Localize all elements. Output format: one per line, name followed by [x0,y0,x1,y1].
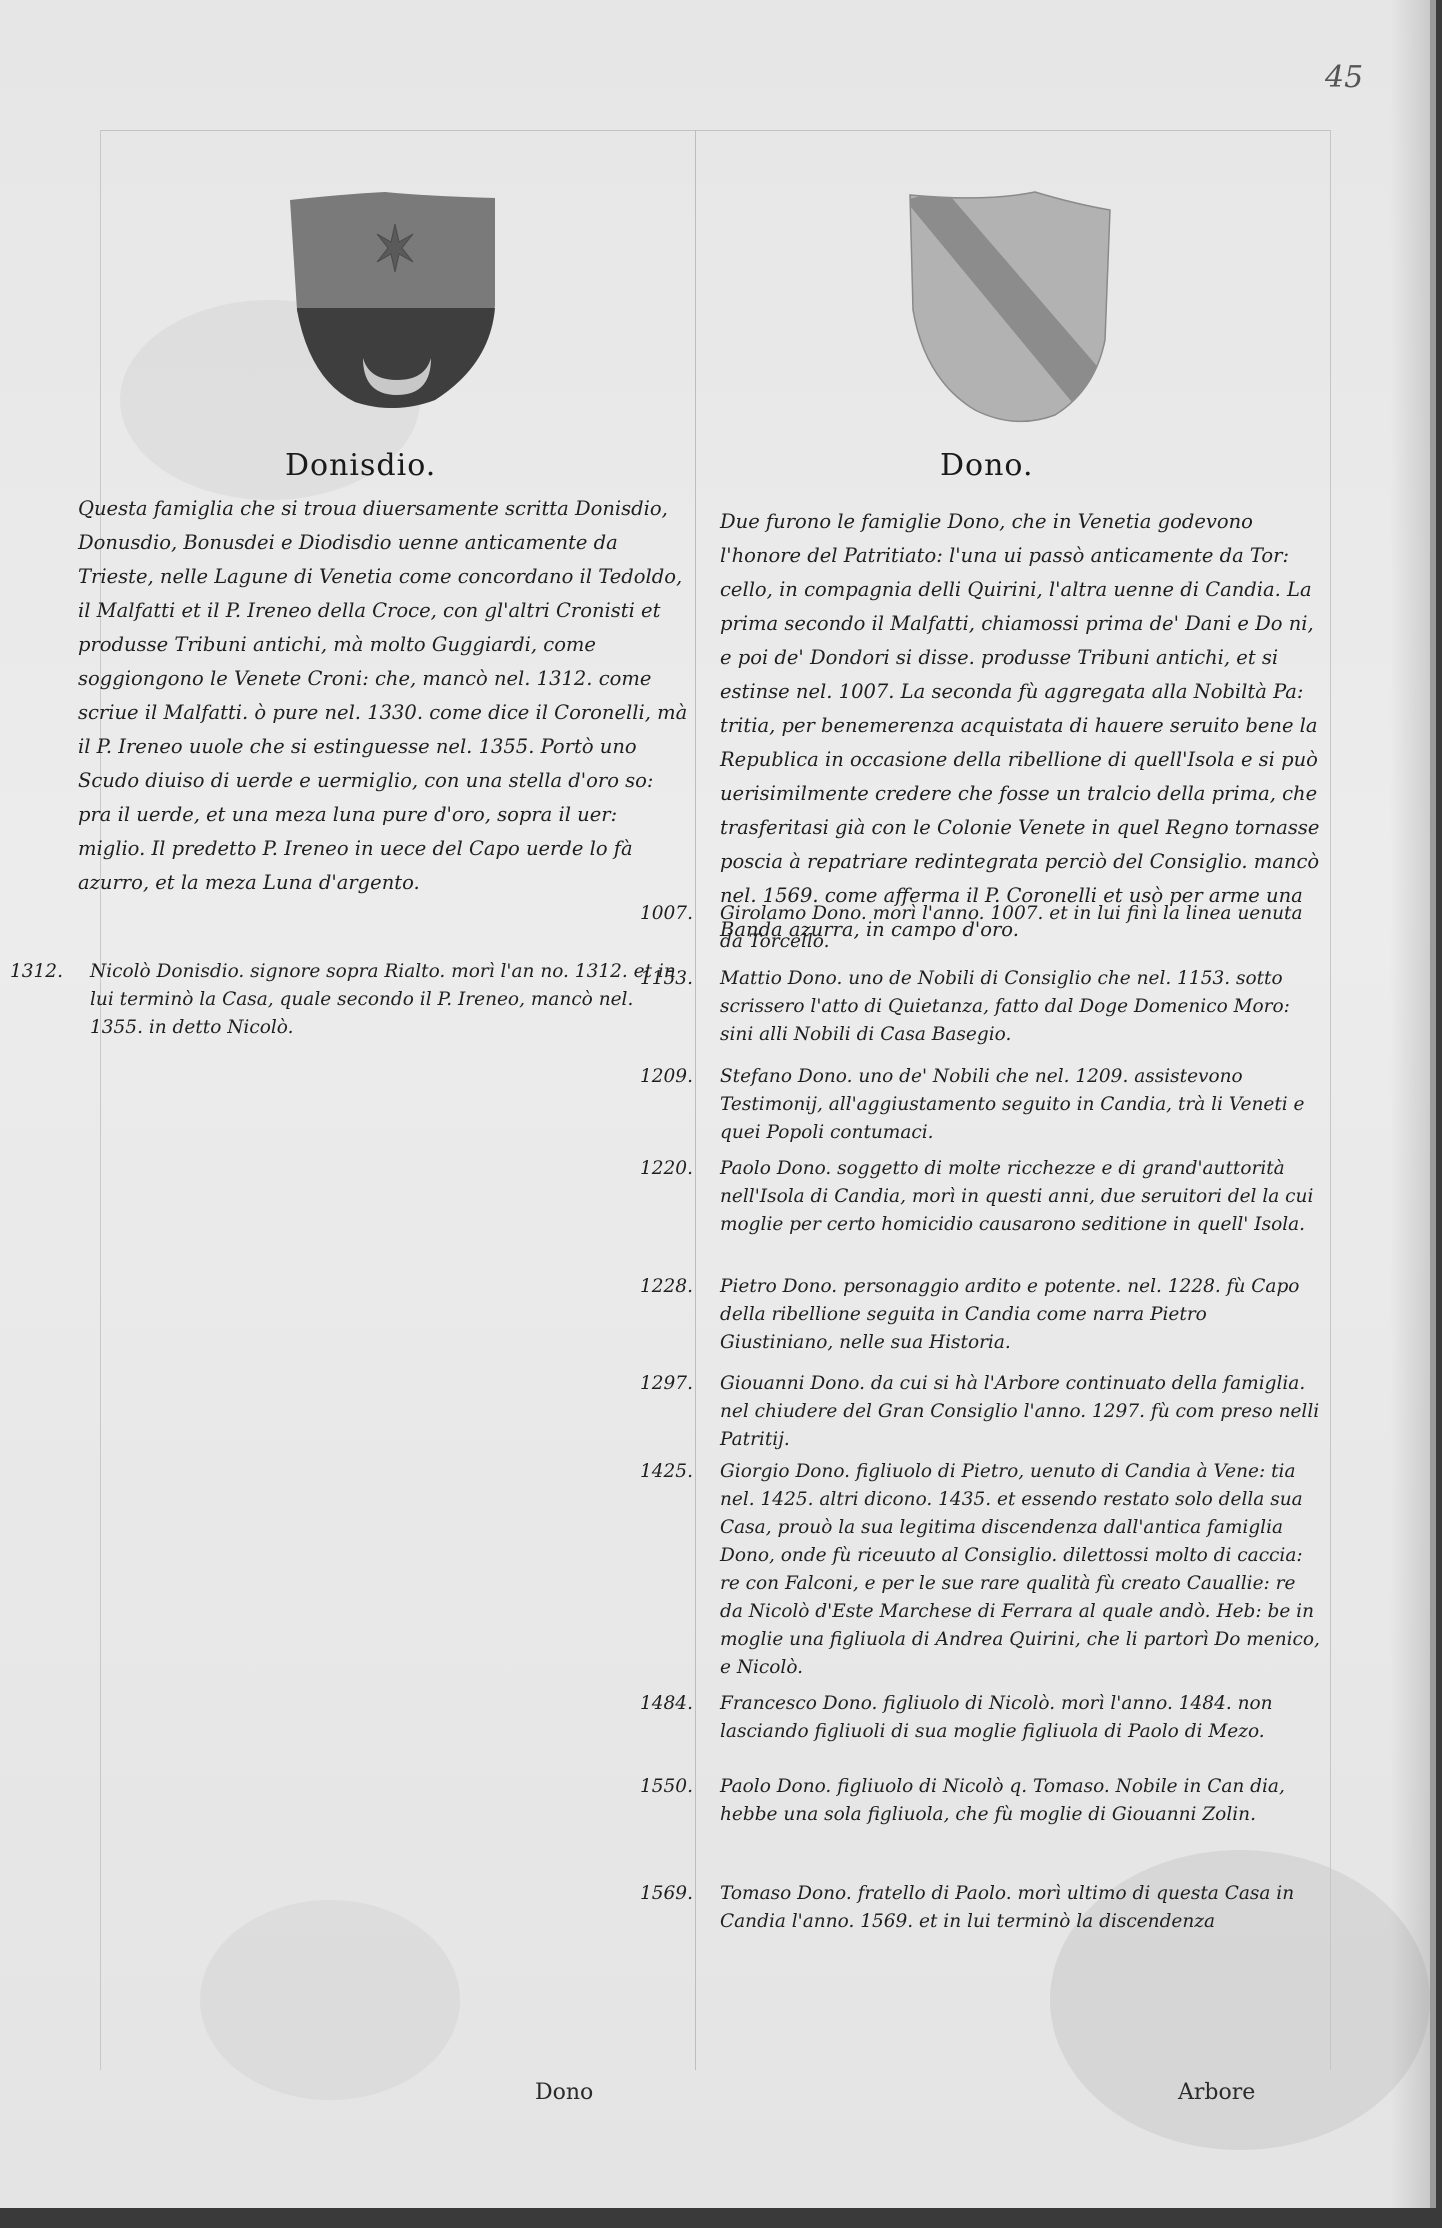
entry-year: 1007. [640,900,720,928]
ruled-line-left [100,130,101,2070]
ruled-line-top [100,130,1330,131]
entry-year: 1550. [640,1773,720,1801]
entry-text: Pietro Dono. personaggio ardito e potent… [720,1273,1320,1357]
entry-year: 1425. [640,1458,720,1486]
family-title-dono: Dono. [940,448,1034,483]
entry-text: Tomaso Dono. fratello di Paolo. morì ult… [720,1880,1320,1936]
manuscript-page: 45 Donisdio. Dono. Questa famiglia [0,0,1436,2208]
entry-text: Giouanni Dono. da cui si hà l'Arbore con… [720,1370,1320,1454]
entry-year: 1569. [640,1880,720,1908]
entry-text: Stefano Dono. uno de' Nobili che nel. 12… [720,1063,1320,1147]
footer-label-dono: Dono [535,2080,593,2105]
ruled-line-right [1330,130,1331,2070]
entry-year: 1297. [640,1370,720,1398]
entry-year: 1312. [10,958,90,986]
footer-label-arbore: Arbore [1178,2080,1255,2105]
entry-year: 1209. [640,1063,720,1091]
dono-description: Due furono le famiglie Dono, che in Vene… [720,505,1325,947]
entry-text: Giorgio Dono. figliuolo di Pietro, uenut… [720,1458,1320,1682]
paper-stain [200,1900,460,2100]
entry-text: Francesco Dono. figliuolo di Nicolò. mor… [720,1690,1320,1746]
entry-text: Paolo Dono. figliuolo di Nicolò q. Tomas… [720,1773,1320,1829]
entry-text: Paolo Dono. soggetto di molte ricchezze … [720,1155,1320,1239]
folio-number: 45 [1325,60,1363,95]
entry-text: Mattio Dono. uno de Nobili di Consiglio … [720,965,1320,1049]
shield-bend-icon [905,190,1115,425]
shield-party-star-crescent-icon [285,190,500,415]
entry-year: 1228. [640,1273,720,1301]
entry-year: 1220. [640,1155,720,1183]
entry-year: 1484. [640,1690,720,1718]
scan-border [0,2208,1442,2228]
entry-year: 1153. [640,965,720,993]
entry-text: Nicolò Donisdio. signore sopra Rialto. m… [90,958,680,1042]
family-title-donisdio: Donisdio. [285,448,436,483]
entry-text: Girolamo Dono. morì l'anno. 1007. et in … [720,900,1320,956]
donisdio-description: Questa famiglia che si troua diuersament… [78,492,688,900]
